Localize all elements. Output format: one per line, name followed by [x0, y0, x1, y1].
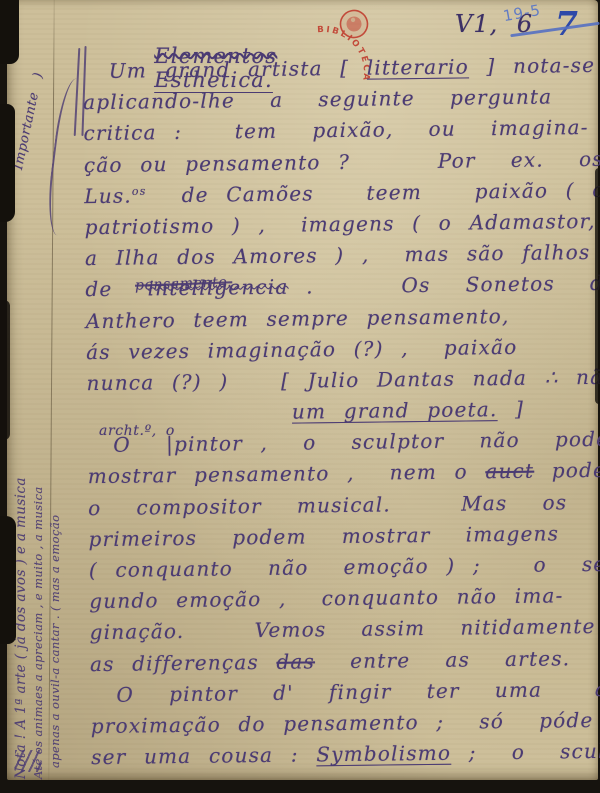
crossed-page-number: 7: [555, 4, 578, 43]
manuscript-word: as differenças: [90, 649, 277, 675]
margin-note-line: Até os animaes a apreciam , e muito , a …: [31, 486, 45, 779]
manuscript-word: auct: [485, 459, 534, 484]
manuscript-word: Anthero teem sempre pensamento,: [86, 303, 510, 332]
manuscript-word: ( conquanto não emoção ) ; o se-: [89, 552, 600, 582]
manuscript-page: BIBLIOTECA NACIONAL V1, 6 19-5 7 Element…: [7, 0, 598, 780]
insertion-pensamento: pensamento.: [135, 274, 233, 293]
manuscript-word: ser uma cousa :: [91, 742, 316, 769]
manuscript-word: a Ilha dos Amores ) , mas são falhos: [85, 240, 591, 270]
manuscript-word: O pintor d' fingir ter uma ap-: [116, 676, 600, 706]
manuscript-word: proximação do pensamento ; só póde: [91, 708, 594, 738]
manuscript-word: Lus.: [84, 183, 132, 208]
scan-edge-shadow: [0, 0, 19, 64]
manuscript-word: pode: [534, 458, 600, 483]
manuscript-word: aplicando-lhe a seguinte pergunta: [83, 85, 552, 115]
manuscript-word: os: [132, 184, 147, 197]
manuscript-word: entre as artes.: [315, 646, 571, 673]
manuscript-word: critica : tem paixão, ou imagina-: [83, 115, 588, 145]
manuscript-word: . Os Sonetos d': [288, 271, 600, 299]
manuscript-line: ser uma cousa : Symbolismo ; o sculptor: [91, 739, 600, 776]
manuscript-word: ginação. Vemos assim nitidamente: [89, 614, 595, 644]
manuscript-word: gundo emoção , conquanto não ima-: [89, 584, 564, 614]
manuscript-word: Symbolismo: [316, 741, 451, 767]
pencil-date-mark: 19-5: [502, 1, 543, 25]
manuscript-word: ção ou pensamento ? Por ex. os: [84, 146, 600, 176]
manuscript-word: de Camões teem paixão ( o: [146, 178, 600, 208]
manuscript-word: O |pintor , o sculptor não podem: [113, 427, 600, 457]
scan-edge-shadow: [0, 300, 10, 440]
manuscript-word: mostrar pensamento , nem o: [88, 460, 486, 489]
scan-edge-shadow: [0, 104, 15, 222]
manuscript-word: ás vezes imaginação (?) , paixão: [86, 335, 517, 364]
manuscript-word: Um grand artista [: [109, 56, 367, 83]
scan-background: BIBLIOTECA NACIONAL V1, 6 19-5 7 Element…: [0, 0, 600, 793]
scan-edge-shadow: [595, 168, 600, 404]
insertion-architecto: archt.º, o: [99, 423, 175, 439]
manuscript-word: o compositor musical. Mas os 3: [88, 489, 600, 519]
manuscript-word: patriotismo ) , imagens ( o Adamastor,: [85, 209, 596, 239]
scan-edge-shadow: [0, 516, 16, 644]
manuscript-word: um grand poeta.: [292, 397, 498, 424]
manuscript-word: ] nota-se: [469, 53, 596, 79]
manuscript-word: litterario: [367, 54, 469, 79]
margin-note-line: apenas a ouvil-a cantar . ( mas a emoção: [48, 515, 62, 768]
margin-note-importante: Importante ): [11, 71, 46, 171]
manuscript-word: das: [276, 649, 315, 673]
manuscript-word: ]: [497, 397, 524, 421]
manuscript-body: Um grand artista [ litterario ] nota-sea…: [83, 53, 600, 777]
manuscript-word: ; o sculptor: [451, 738, 600, 764]
manuscript-word: primeiros podem mostrar imagens: [88, 521, 559, 551]
